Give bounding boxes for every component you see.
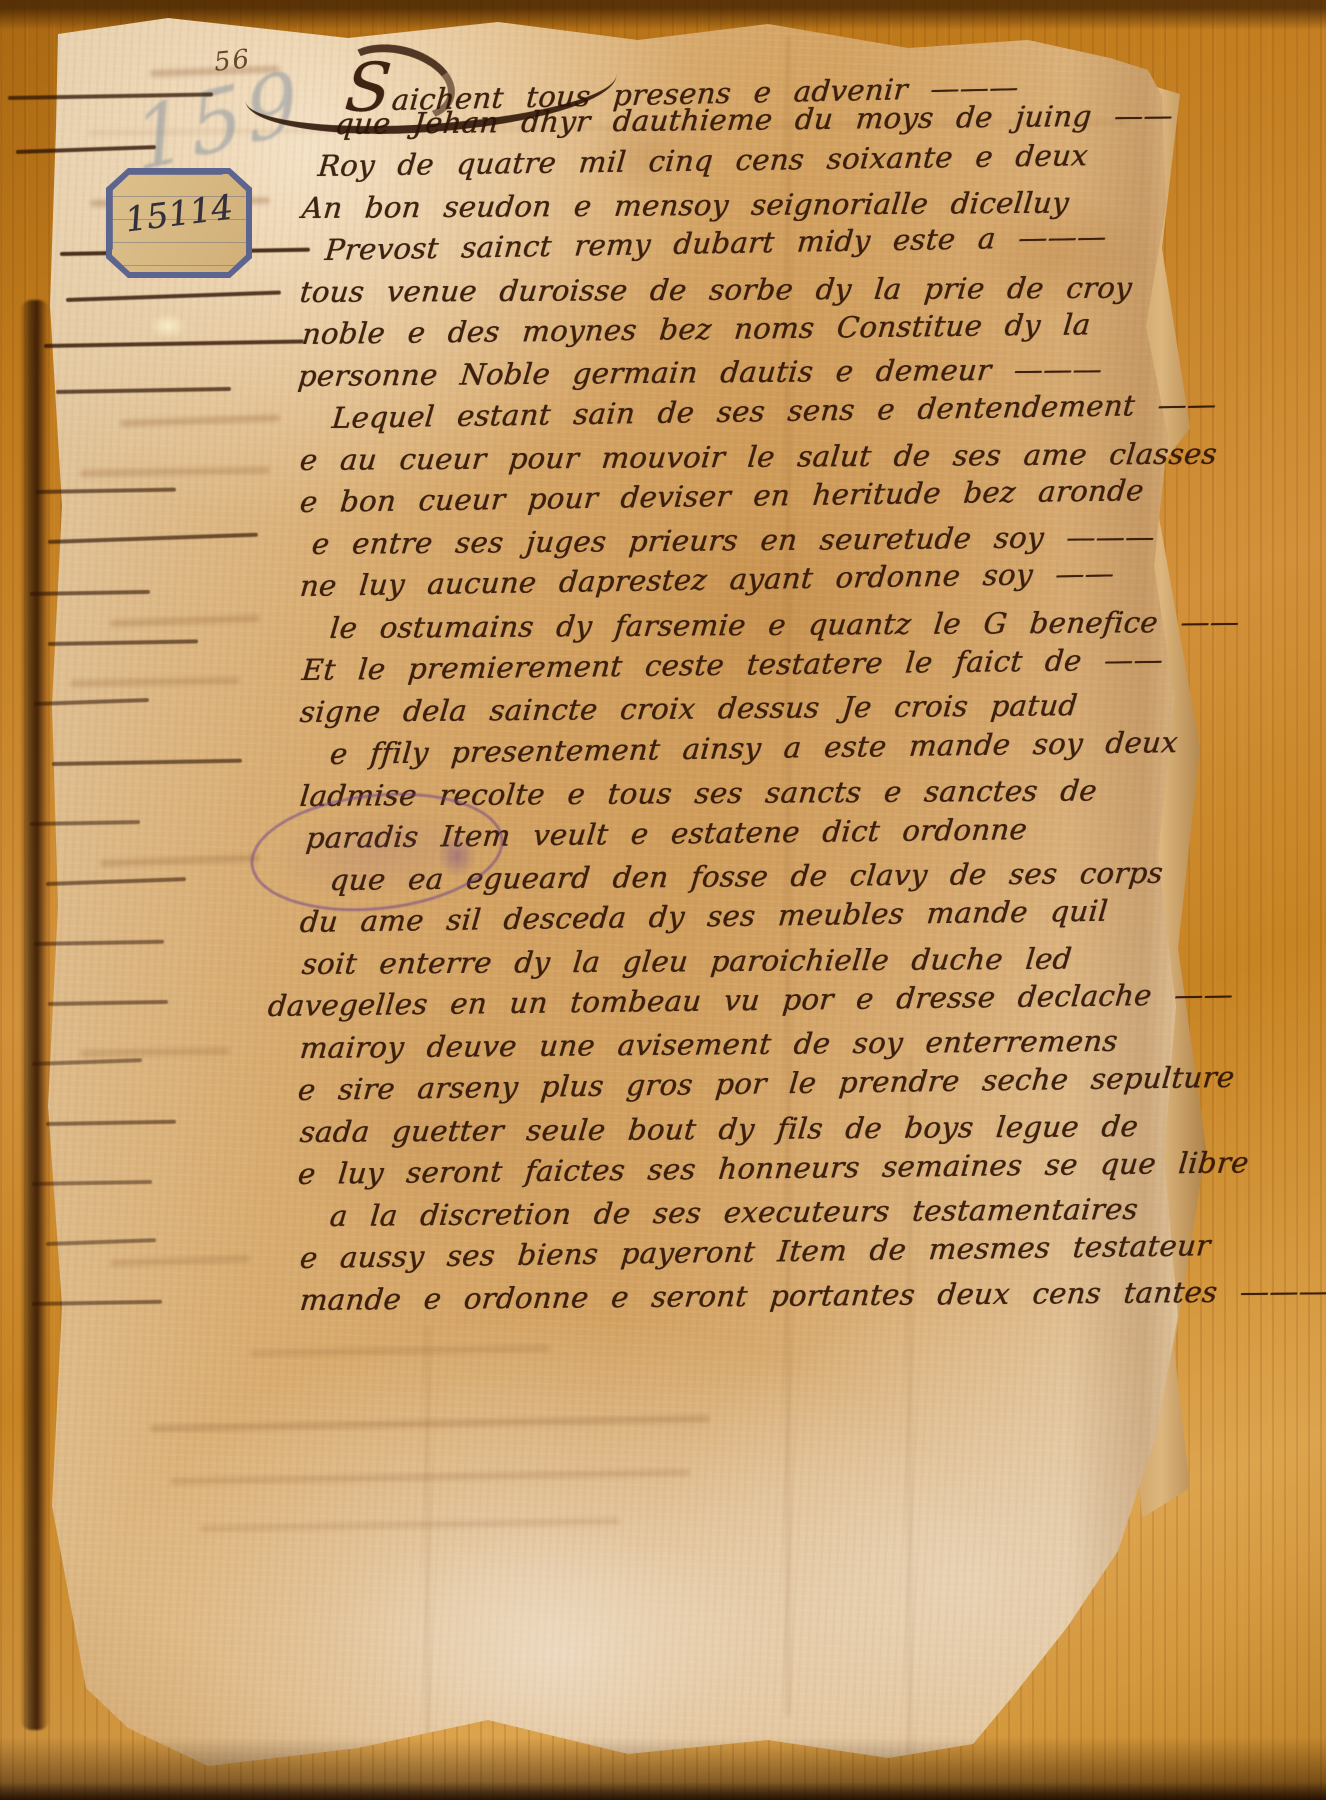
photo-canvas: { "page": { "folio_number": "56", "crayo… [0, 0, 1326, 1800]
bleedthrough-mark [110, 1255, 250, 1267]
margin-ink-stroke [48, 639, 198, 646]
margin-ink-stroke [46, 1238, 156, 1246]
margin-ink-stroke [34, 698, 149, 706]
bleedthrough-mark [250, 1345, 550, 1357]
bleedthrough-mark [70, 677, 240, 687]
bleedthrough-mark [100, 854, 260, 867]
bleedthrough-mark [80, 1047, 230, 1057]
margin-ink-stroke [48, 1000, 168, 1006]
bleedthrough-mark [120, 414, 280, 427]
margin-ink-stroke [30, 590, 150, 596]
margin-ink-stroke [36, 488, 176, 494]
margin-ink-stroke [8, 92, 213, 100]
margin-ink-stroke [32, 1300, 162, 1306]
bleedthrough-mark [110, 615, 260, 627]
handwriting-line: noble e des moynes bez noms Constitue dy… [300, 304, 1092, 354]
archive-label: 15114 [106, 168, 252, 278]
margin-ink-stroke [52, 759, 242, 766]
margin-ink-stroke [34, 940, 164, 946]
bleedthrough-mark [150, 1415, 710, 1432]
bleedthrough-mark [170, 1469, 690, 1485]
margin-ink-stroke [32, 1180, 152, 1186]
handwriting-line: mande e ordonne e seront portantes deux … [298, 1271, 1326, 1320]
margin-ink-stroke [66, 290, 281, 302]
folio-number-ink: 56 [213, 44, 253, 78]
margin-ink-stroke [16, 145, 156, 154]
margin-ink-stroke [30, 820, 140, 826]
bleedthrough-mark [80, 467, 270, 477]
margin-ink-stroke [44, 339, 304, 348]
bleedthrough-mark [200, 1518, 620, 1532]
margin-ink-stroke [32, 1058, 142, 1066]
margin-ink-stroke [46, 877, 186, 886]
margin-ink-stroke [46, 1120, 176, 1126]
margin-ink-stroke [48, 533, 258, 544]
margin-ink-stroke [56, 387, 231, 394]
